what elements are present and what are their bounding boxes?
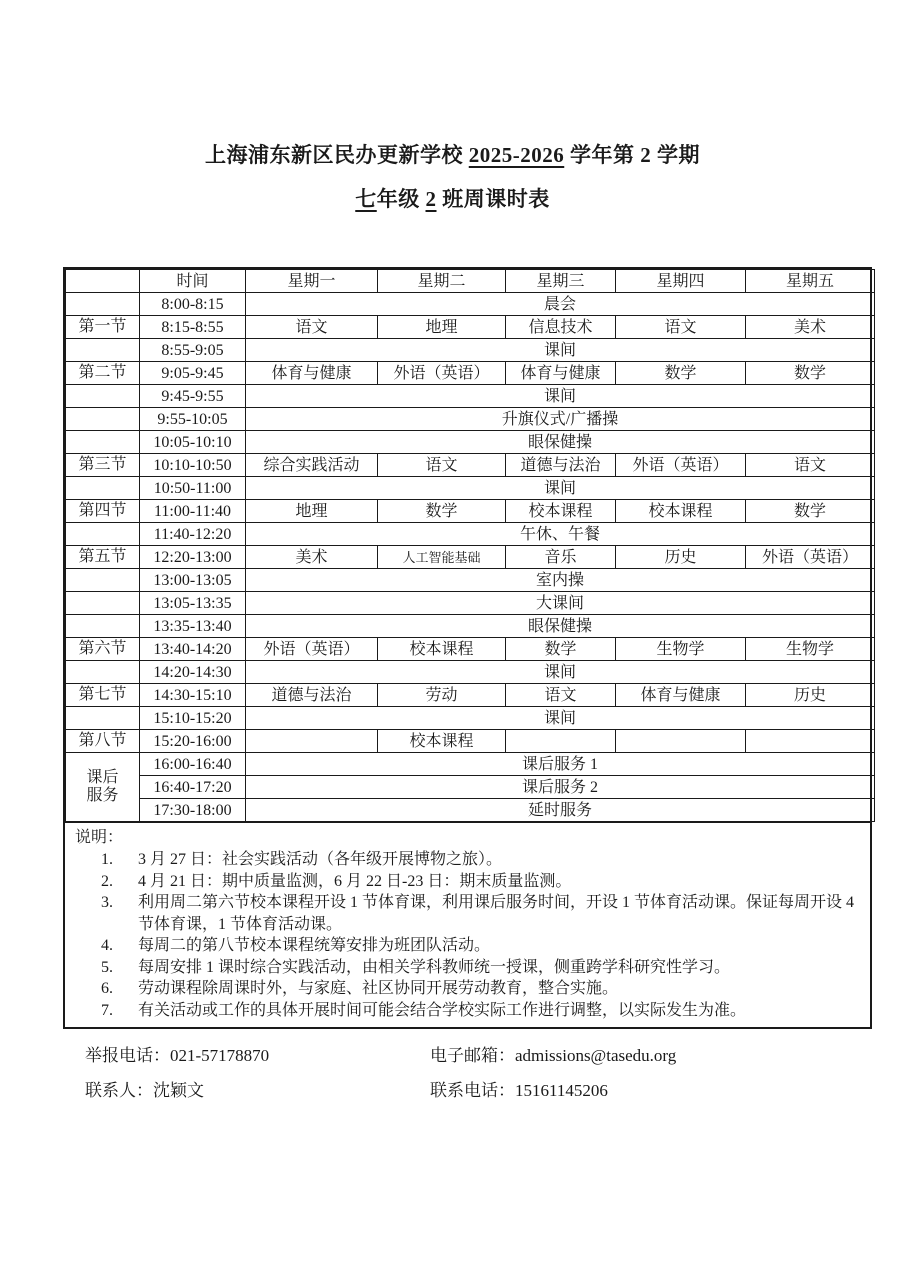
time-cell: 11:40-12:20 bbox=[140, 523, 246, 546]
email: 电子邮箱：admissions@tasedu.org bbox=[430, 1044, 905, 1067]
time-cell: 15:20-16:00 bbox=[140, 730, 246, 753]
subject-cell: 美术 bbox=[746, 316, 875, 339]
period-label-cell: 课后 服务 bbox=[66, 753, 140, 822]
period-label-cell bbox=[66, 408, 140, 431]
time-cell: 8:55-9:05 bbox=[140, 339, 246, 362]
email-value: admissions@tasedu.org bbox=[515, 1046, 676, 1065]
time-cell: 9:45-9:55 bbox=[140, 385, 246, 408]
period-label-cell bbox=[66, 592, 140, 615]
subject-cell: 语文 bbox=[746, 454, 875, 477]
time-cell: 13:35-13:40 bbox=[140, 615, 246, 638]
activity-span-cell: 课后服务 2 bbox=[246, 776, 875, 799]
note-number: 6. bbox=[101, 978, 138, 1000]
activity-span-cell: 午休、午餐 bbox=[246, 523, 875, 546]
corner-header-cell bbox=[66, 270, 140, 293]
subject-cell: 语文 bbox=[378, 454, 506, 477]
time-header-cell: 时间 bbox=[140, 270, 246, 293]
title-school-year: 2025-2026 bbox=[469, 143, 565, 167]
subject-cell bbox=[616, 730, 746, 753]
period-label-cell: 第七节 bbox=[66, 684, 140, 707]
period-label-cell: 第六节 bbox=[66, 638, 140, 661]
subject-cell bbox=[246, 730, 378, 753]
period-label-cell bbox=[66, 385, 140, 408]
period-label-cell bbox=[66, 523, 140, 546]
timetable-row: 11:40-12:20午休、午餐 bbox=[66, 523, 875, 546]
note-text: 每周安排 1 课时综合实践活动，由相关学科教师统一授课，侧重跨学科研究性学习。 bbox=[138, 959, 730, 976]
note-item: 6.劳动课程除周课时外，与家庭、社区协同开展劳动教育，整合实施。 bbox=[101, 978, 862, 1000]
contact-person-value: 沈颖文 bbox=[153, 1081, 204, 1100]
note-number: 4. bbox=[101, 935, 138, 957]
subject-cell: 劳动 bbox=[378, 684, 506, 707]
time-cell: 17:30-18:00 bbox=[140, 799, 246, 822]
day-header-cell: 星期四 bbox=[616, 270, 746, 293]
time-cell: 11:00-11:40 bbox=[140, 500, 246, 523]
timetable-row: 第七节14:30-15:10道德与法治劳动语文体育与健康历史 bbox=[66, 684, 875, 707]
period-label-cell: 第一节 bbox=[66, 316, 140, 339]
note-number: 7. bbox=[101, 1000, 138, 1022]
time-cell: 9:55-10:05 bbox=[140, 408, 246, 431]
title-school-name: 上海浦东新区民办更新学校 bbox=[205, 143, 469, 167]
note-item: 2.4 月 21 日：期中质量监测，6 月 22 日-23 日：期末质量监测。 bbox=[101, 871, 862, 893]
timetable-row: 17:30-18:00延时服务 bbox=[66, 799, 875, 822]
note-number: 3. bbox=[101, 892, 138, 914]
period-label-cell: 第三节 bbox=[66, 454, 140, 477]
day-header-cell: 星期一 bbox=[246, 270, 378, 293]
period-label-cell bbox=[66, 477, 140, 500]
subject-cell: 数学 bbox=[746, 362, 875, 385]
subject-cell: 地理 bbox=[378, 316, 506, 339]
note-number: 1. bbox=[101, 849, 138, 871]
activity-span-cell: 大课间 bbox=[246, 592, 875, 615]
activity-span-cell: 课间 bbox=[246, 339, 875, 362]
timetable-row: 10:50-11:00课间 bbox=[66, 477, 875, 500]
timetable-row: 9:45-9:55课间 bbox=[66, 385, 875, 408]
title-semester: 学年第 2 学期 bbox=[564, 143, 700, 167]
period-label-cell bbox=[66, 569, 140, 592]
timetable-row: 13:00-13:05室内操 bbox=[66, 569, 875, 592]
timetable-sheet: 时间星期一星期二星期三星期四星期五8:00-8:15晨会第一节8:15-8:55… bbox=[63, 267, 872, 1029]
subject-cell: 校本课程 bbox=[506, 500, 616, 523]
activity-span-cell: 晨会 bbox=[246, 293, 875, 316]
subject-cell bbox=[506, 730, 616, 753]
activity-span-cell: 课间 bbox=[246, 661, 875, 684]
contact-phone-value: 15161145206 bbox=[515, 1081, 608, 1100]
title-table-name: 班周课时表 bbox=[437, 187, 550, 211]
period-label-cell: 第八节 bbox=[66, 730, 140, 753]
time-cell: 14:30-15:10 bbox=[140, 684, 246, 707]
subject-cell: 外语（英语） bbox=[746, 546, 875, 569]
document-title-line2: 七年级 2 班周课时表 bbox=[0, 186, 905, 213]
timetable-row: 8:55-9:05课间 bbox=[66, 339, 875, 362]
activity-span-cell: 课间 bbox=[246, 477, 875, 500]
time-cell: 14:20-14:30 bbox=[140, 661, 246, 684]
note-item: 3.利用周二第六节校本课程开设 1 节体育课，利用课后服务时间，开设 1 节体育… bbox=[101, 892, 862, 935]
note-number: 2. bbox=[101, 871, 138, 893]
activity-span-cell: 课后服务 1 bbox=[246, 753, 875, 776]
subject-cell: 数学 bbox=[746, 500, 875, 523]
activity-span-cell: 课间 bbox=[246, 707, 875, 730]
timetable-row: 第八节15:20-16:00校本课程 bbox=[66, 730, 875, 753]
document-title-line1: 上海浦东新区民办更新学校 2025-2026 学年第 2 学期 bbox=[0, 0, 905, 169]
contact-person: 联系人：沈颖文 bbox=[85, 1079, 430, 1102]
subject-cell: 体育与健康 bbox=[246, 362, 378, 385]
subject-cell: 校本课程 bbox=[378, 638, 506, 661]
subject-cell: 音乐 bbox=[506, 546, 616, 569]
time-cell: 13:05-13:35 bbox=[140, 592, 246, 615]
notes-section: 说明： 1.3 月 27 日：社会实践活动（各年级开展博物之旅）。 2.4 月 … bbox=[65, 822, 870, 1027]
note-text: 劳动课程除周课时外，与家庭、社区协同开展劳动教育，整合实施。 bbox=[138, 980, 618, 997]
subject-cell: 语文 bbox=[616, 316, 746, 339]
timetable-row: 14:20-14:30课间 bbox=[66, 661, 875, 684]
timetable-row: 16:40-17:20课后服务 2 bbox=[66, 776, 875, 799]
timetable-row: 第四节11:00-11:40地理数学校本课程校本课程数学 bbox=[66, 500, 875, 523]
note-item: 5.每周安排 1 课时综合实践活动，由相关学科教师统一授课，侧重跨学科研究性学习… bbox=[101, 957, 862, 979]
note-text: 4 月 21 日：期中质量监测，6 月 22 日-23 日：期末质量监测。 bbox=[138, 873, 571, 890]
activity-span-cell: 眼保健操 bbox=[246, 431, 875, 454]
subject-cell: 数学 bbox=[616, 362, 746, 385]
contact-phone: 联系电话：15161145206 bbox=[430, 1079, 905, 1102]
time-cell: 13:00-13:05 bbox=[140, 569, 246, 592]
subject-cell: 美术 bbox=[246, 546, 378, 569]
subject-cell: 历史 bbox=[746, 684, 875, 707]
time-cell: 10:10-10:50 bbox=[140, 454, 246, 477]
activity-span-cell: 延时服务 bbox=[246, 799, 875, 822]
subject-cell: 体育与健康 bbox=[616, 684, 746, 707]
note-text: 有关活动或工作的具体开展时间可能会结合学校实际工作进行调整，以实际发生为准。 bbox=[138, 1002, 746, 1019]
subject-cell: 校本课程 bbox=[616, 500, 746, 523]
period-label-cell bbox=[66, 707, 140, 730]
note-item: 4.每周二的第八节校本课程统筹安排为班团队活动。 bbox=[101, 935, 862, 957]
activity-span-cell: 室内操 bbox=[246, 569, 875, 592]
time-cell: 8:00-8:15 bbox=[140, 293, 246, 316]
timetable-row: 第五节12:20-13:00美术人工智能基础音乐历史外语（英语） bbox=[66, 546, 875, 569]
contact-footer: 举报电话：021-57178870 电子邮箱：admissions@tasedu… bbox=[85, 1044, 905, 1102]
subject-cell: 外语（英语） bbox=[246, 638, 378, 661]
time-cell: 10:50-11:00 bbox=[140, 477, 246, 500]
report-phone-label: 举报电话： bbox=[85, 1046, 170, 1065]
subject-cell: 校本课程 bbox=[378, 730, 506, 753]
time-cell: 10:05-10:10 bbox=[140, 431, 246, 454]
day-header-cell: 星期三 bbox=[506, 270, 616, 293]
title-grade-suffix: 年级 bbox=[377, 187, 426, 211]
time-cell: 15:10-15:20 bbox=[140, 707, 246, 730]
note-text: 利用周二第六节校本课程开设 1 节体育课，利用课后服务时间，开设 1 节体育活动… bbox=[138, 894, 854, 933]
subject-cell: 数学 bbox=[378, 500, 506, 523]
title-class-number: 2 bbox=[426, 187, 437, 211]
note-item: 7.有关活动或工作的具体开展时间可能会结合学校实际工作进行调整，以实际发生为准。 bbox=[101, 1000, 862, 1022]
timetable-row: 15:10-15:20课间 bbox=[66, 707, 875, 730]
timetable-row: 10:05-10:10眼保健操 bbox=[66, 431, 875, 454]
timetable: 时间星期一星期二星期三星期四星期五8:00-8:15晨会第一节8:15-8:55… bbox=[65, 269, 875, 822]
subject-cell: 生物学 bbox=[616, 638, 746, 661]
subject-cell: 语文 bbox=[506, 684, 616, 707]
time-cell: 13:40-14:20 bbox=[140, 638, 246, 661]
subject-cell: 语文 bbox=[246, 316, 378, 339]
time-cell: 8:15-8:55 bbox=[140, 316, 246, 339]
subject-cell: 生物学 bbox=[746, 638, 875, 661]
email-label: 电子邮箱： bbox=[430, 1046, 515, 1065]
subject-cell: 数学 bbox=[506, 638, 616, 661]
notes-heading: 说明： bbox=[75, 826, 862, 849]
period-label-cell bbox=[66, 431, 140, 454]
activity-span-cell: 眼保健操 bbox=[246, 615, 875, 638]
period-label-cell bbox=[66, 339, 140, 362]
activity-span-cell: 升旗仪式/广播操 bbox=[246, 408, 875, 431]
footer-row-2: 联系人：沈颖文 联系电话：15161145206 bbox=[85, 1079, 905, 1102]
day-header-cell: 星期二 bbox=[378, 270, 506, 293]
subject-cell: 外语（英语） bbox=[378, 362, 506, 385]
subject-cell: 道德与法治 bbox=[506, 454, 616, 477]
timetable-row: 第一节8:15-8:55语文地理信息技术语文美术 bbox=[66, 316, 875, 339]
timetable-row: 课后 服务16:00-16:40课后服务 1 bbox=[66, 753, 875, 776]
time-cell: 16:40-17:20 bbox=[140, 776, 246, 799]
timetable-row: 第三节10:10-10:50综合实践活动语文道德与法治外语（英语）语文 bbox=[66, 454, 875, 477]
time-cell: 16:00-16:40 bbox=[140, 753, 246, 776]
subject-cell: 地理 bbox=[246, 500, 378, 523]
time-cell: 9:05-9:45 bbox=[140, 362, 246, 385]
activity-span-cell: 课间 bbox=[246, 385, 875, 408]
day-header-cell: 星期五 bbox=[746, 270, 875, 293]
contact-phone-label: 联系电话： bbox=[430, 1081, 515, 1100]
timetable-row: 13:05-13:35大课间 bbox=[66, 592, 875, 615]
page: 上海浦东新区民办更新学校 2025-2026 学年第 2 学期 七年级 2 班周… bbox=[0, 0, 905, 1280]
note-item: 1.3 月 27 日：社会实践活动（各年级开展博物之旅）。 bbox=[101, 849, 862, 871]
subject-cell: 历史 bbox=[616, 546, 746, 569]
contact-person-label: 联系人： bbox=[85, 1081, 153, 1100]
timetable-row: 第六节13:40-14:20外语（英语）校本课程数学生物学生物学 bbox=[66, 638, 875, 661]
subject-cell: 体育与健康 bbox=[506, 362, 616, 385]
period-label-cell: 第四节 bbox=[66, 500, 140, 523]
timetable-row: 13:35-13:40眼保健操 bbox=[66, 615, 875, 638]
subject-cell: 信息技术 bbox=[506, 316, 616, 339]
subject-cell: 道德与法治 bbox=[246, 684, 378, 707]
timetable-row: 8:00-8:15晨会 bbox=[66, 293, 875, 316]
note-number: 5. bbox=[101, 957, 138, 979]
subject-cell: 外语（英语） bbox=[616, 454, 746, 477]
period-label-cell: 第二节 bbox=[66, 362, 140, 385]
note-text: 每周二的第八节校本课程统筹安排为班团队活动。 bbox=[138, 937, 490, 954]
footer-row-1: 举报电话：021-57178870 电子邮箱：admissions@tasedu… bbox=[85, 1044, 905, 1067]
subject-cell: 综合实践活动 bbox=[246, 454, 378, 477]
timetable-row: 第二节9:05-9:45体育与健康外语（英语）体育与健康数学数学 bbox=[66, 362, 875, 385]
period-label-cell bbox=[66, 293, 140, 316]
subject-cell bbox=[746, 730, 875, 753]
subject-cell: 人工智能基础 bbox=[378, 546, 506, 569]
period-label-cell bbox=[66, 661, 140, 684]
report-phone-value: 021-57178870 bbox=[170, 1046, 269, 1065]
time-cell: 12:20-13:00 bbox=[140, 546, 246, 569]
title-grade: 七 bbox=[355, 187, 377, 211]
period-label-cell bbox=[66, 615, 140, 638]
report-phone: 举报电话：021-57178870 bbox=[85, 1044, 430, 1067]
period-label-cell: 第五节 bbox=[66, 546, 140, 569]
timetable-row: 9:55-10:05升旗仪式/广播操 bbox=[66, 408, 875, 431]
note-text: 3 月 27 日：社会实践活动（各年级开展博物之旅）。 bbox=[138, 851, 502, 868]
